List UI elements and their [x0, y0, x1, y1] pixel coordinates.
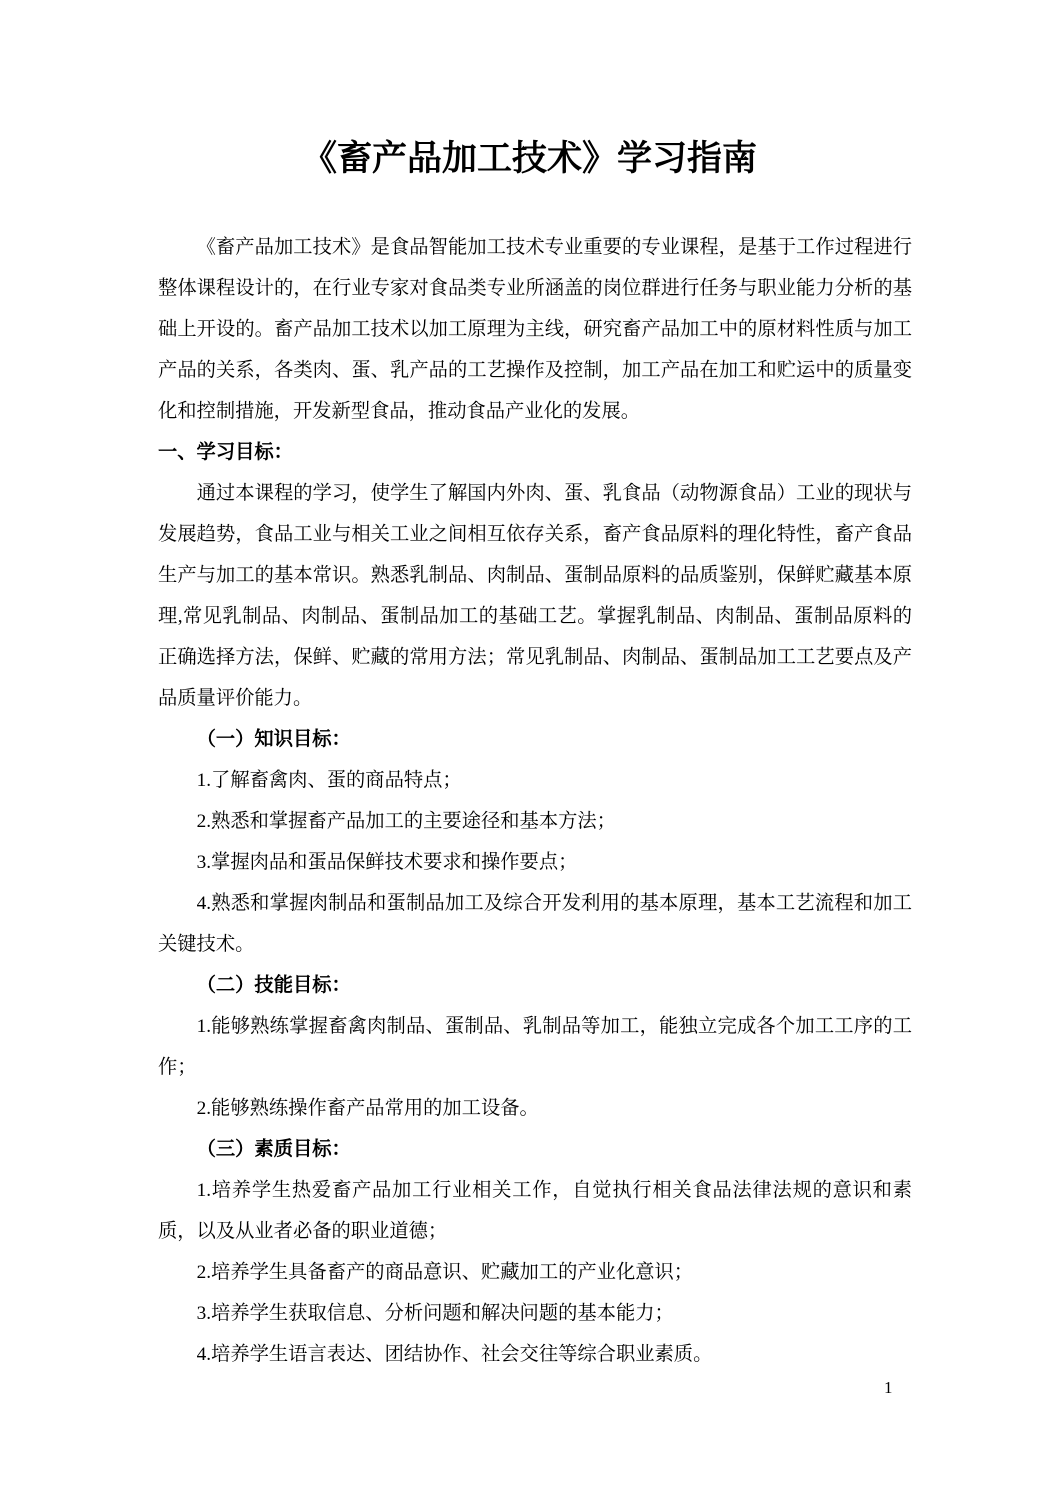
knowledge-goal-item: 1.了解畜禽肉、蛋的商品特点；: [158, 760, 912, 801]
quality-goal-item: 4.培养学生语言表达、团结协作、社会交往等综合职业素质。: [158, 1334, 912, 1375]
document-title: 《畜产品加工技术》学习指南: [0, 136, 1059, 182]
document-page: 《畜产品加工技术》学习指南 《畜产品加工技术》是食品智能加工技术专业重要的专业课…: [0, 0, 1059, 1497]
skill-goal-item: 1.能够熟练掌握畜禽肉制品、蛋制品、乳制品等加工，能独立完成各个加工工序的工作；: [158, 1006, 912, 1088]
heading-knowledge-goals: （一）知识目标：: [158, 719, 912, 760]
quality-goal-item: 1.培养学生热爱畜产品加工行业相关工作，自觉执行相关食品法律法规的意识和素质，以…: [158, 1170, 912, 1252]
quality-goal-item: 3.培养学生获取信息、分析问题和解决问题的基本能力；: [158, 1293, 912, 1334]
knowledge-goal-item: 4.熟悉和掌握肉制品和蛋制品加工及综合开发利用的基本原理，基本工艺流程和加工关键…: [158, 883, 912, 965]
knowledge-goal-item: 2.熟悉和掌握畜产品加工的主要途径和基本方法；: [158, 801, 912, 842]
heading-quality-goals: （三）素质目标：: [158, 1129, 912, 1170]
heading-learning-goals: 一、学习目标：: [158, 432, 912, 473]
knowledge-goal-item: 3.掌握肉品和蛋品保鲜技术要求和操作要点；: [158, 842, 912, 883]
skill-goal-item: 2.能够熟练操作畜产品常用的加工设备。: [158, 1088, 912, 1129]
heading-skill-goals: （二）技能目标：: [158, 965, 912, 1006]
learning-goals-overview: 通过本课程的学习，使学生了解国内外肉、蛋、乳食品（动物源食品）工业的现状与发展趋…: [158, 473, 912, 719]
intro-paragraph: 《畜产品加工技术》是食品智能加工技术专业重要的专业课程，是基于工作过程进行整体课…: [158, 227, 912, 432]
page-number: 1: [884, 1378, 893, 1398]
document-body: 《畜产品加工技术》是食品智能加工技术专业重要的专业课程，是基于工作过程进行整体课…: [158, 227, 912, 1375]
quality-goal-item: 2.培养学生具备畜产的商品意识、贮藏加工的产业化意识；: [158, 1252, 912, 1293]
